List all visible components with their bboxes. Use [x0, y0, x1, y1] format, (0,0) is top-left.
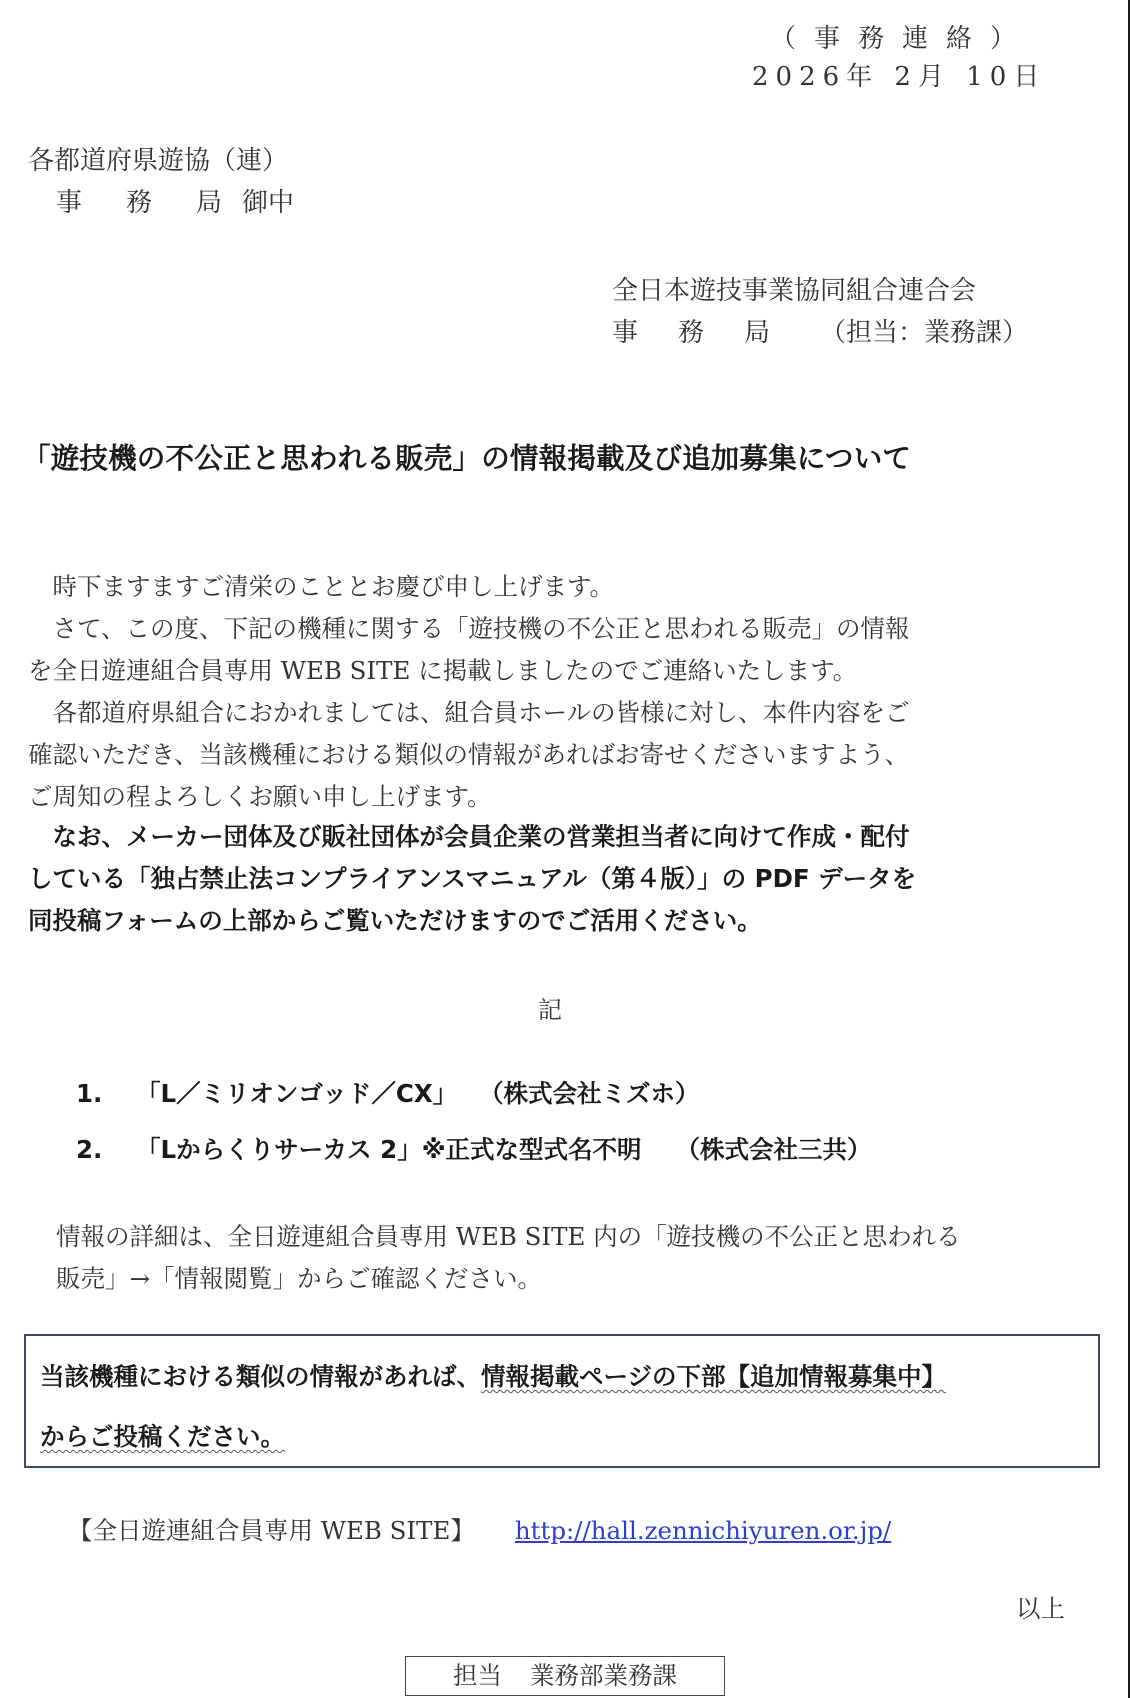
item-maker: （株式会社ミズホ） [491, 1079, 699, 1108]
callout-text: 当該機種における類似の情報があれば、 [40, 1362, 481, 1391]
addressee-office-char: 務 [126, 188, 152, 218]
document-title: 「遊技機の不公正と思われる販売」の情報掲載及び追加募集について [22, 436, 911, 477]
machine-list-item: 2.「Lからくりサーカス 2」※正式な型式名不明（株式会社三共） [76, 1122, 872, 1178]
sender-office-char: 局 [744, 318, 770, 348]
machine-list-item: 1.「L／ミリオンゴッド／CX」（株式会社ミズホ） [76, 1066, 872, 1122]
contact-department: 業務部業務課 [530, 1661, 677, 1690]
body-line: 時下ますますご清栄のこととお慶び申し上げます。 [28, 566, 1088, 608]
body-line: さて、この度、下記の機種に関する「遊技機の不公正と思われる販売」の情報 [28, 608, 1088, 650]
callout-underlined-segment: 情報掲載ページの下部【追加情報募集中】 [481, 1362, 946, 1391]
website-row: 【全日遊連組合員専用 WEB SITE】http://hall.zennichi… [68, 1512, 891, 1547]
machine-list: 1.「L／ミリオンゴッド／CX」（株式会社ミズホ） 2.「Lからくりサーカス 2… [76, 1066, 872, 1178]
website-url-link[interactable]: http://hall.zennichiyuren.or.jp/ [515, 1516, 891, 1545]
addressee-office-char: 事 [56, 188, 82, 218]
website-label: 【全日遊連組合員専用 WEB SITE】 [68, 1516, 475, 1545]
intro-paragraphs: 時下ますますご清栄のこととお慶び申し上げます。 さて、この度、下記の機種に関する… [28, 566, 1088, 818]
body-line: ご周知の程よろしくお願い申し上げます。 [28, 776, 1088, 818]
item-number: 1. [76, 1066, 136, 1122]
submission-callout-box: 当該機種における類似の情報があれば、情報掲載ページの下部【追加情報募集中】 から… [24, 1334, 1100, 1468]
sender-organization: 全日本遊技事業協同組合連合会 [612, 270, 976, 307]
addressee-organization: 各都道府県遊協（連） [28, 140, 288, 177]
callout-underlined-segment: からご投稿ください。 [40, 1422, 285, 1451]
sender-department: （担当：業務課） [820, 318, 1028, 348]
sender-office: 事務局（担当：業務課） [612, 312, 1028, 349]
compliance-manual-paragraph: なお、メーカー団体及び販社団体が会員企業の営業担当者に向けて作成・配付 している… [28, 816, 1088, 942]
body-line: 各都道府県組合におかれましては、組合員ホールの皆様に対し、本件内容をご [28, 692, 1088, 734]
document-date: 2026年 2月 10日 [752, 56, 1046, 93]
addressee-office-char: 局 [196, 188, 222, 218]
sender-office-char: 務 [678, 318, 704, 348]
item-number: 2. [76, 1122, 136, 1178]
ki-heading: 記 [538, 990, 562, 1025]
bold-body-line: している「独占禁止法コンプライアンスマニュアル（第４版）」の PDF データを [28, 858, 1088, 900]
callout-line: 当該機種における類似の情報があれば、情報掲載ページの下部【追加情報募集中】 [40, 1358, 946, 1393]
sender-office-char: 事 [612, 318, 638, 348]
callout-line: からご投稿ください。 [40, 1418, 285, 1453]
closing-remark: 以上 [1016, 1590, 1065, 1625]
detail-line: 情報の詳細は、全日遊連組合員専用 WEB SITE 内の「遊技機の不公正と思われ… [56, 1216, 1096, 1258]
body-line: 確認いただき、当該機種における類似の情報があればお寄せくださいますよう、 [28, 734, 1088, 776]
document-type-label: （事務連絡） [770, 18, 1034, 55]
body-line: を全日遊連組合員専用 WEB SITE に掲載しましたのでご連絡いたします。 [28, 650, 1088, 692]
item-model: 「L／ミリオンゴッド／CX」 [136, 1079, 457, 1108]
item-model: 「Lからくりサーカス 2」※正式な型式名不明 [136, 1135, 642, 1164]
addressee-honorific: 御中 [242, 188, 294, 218]
addressee-office: 事務局御中 [56, 182, 294, 219]
item-maker: （株式会社三共） [676, 1135, 872, 1164]
bold-body-line: 同投稿フォームの上部からご覧いただけますのでご活用ください。 [28, 900, 1088, 942]
contact-label: 担当 [453, 1661, 502, 1690]
detail-line: 販売」→「情報閲覧」からご確認ください。 [56, 1258, 1096, 1300]
detail-paragraph: 情報の詳細は、全日遊連組合員専用 WEB SITE 内の「遊技機の不公正と思われ… [56, 1216, 1096, 1300]
contact-box: 担当業務部業務課 [405, 1656, 725, 1696]
bold-body-line: なお、メーカー団体及び販社団体が会員企業の営業担当者に向けて作成・配付 [28, 816, 1088, 858]
